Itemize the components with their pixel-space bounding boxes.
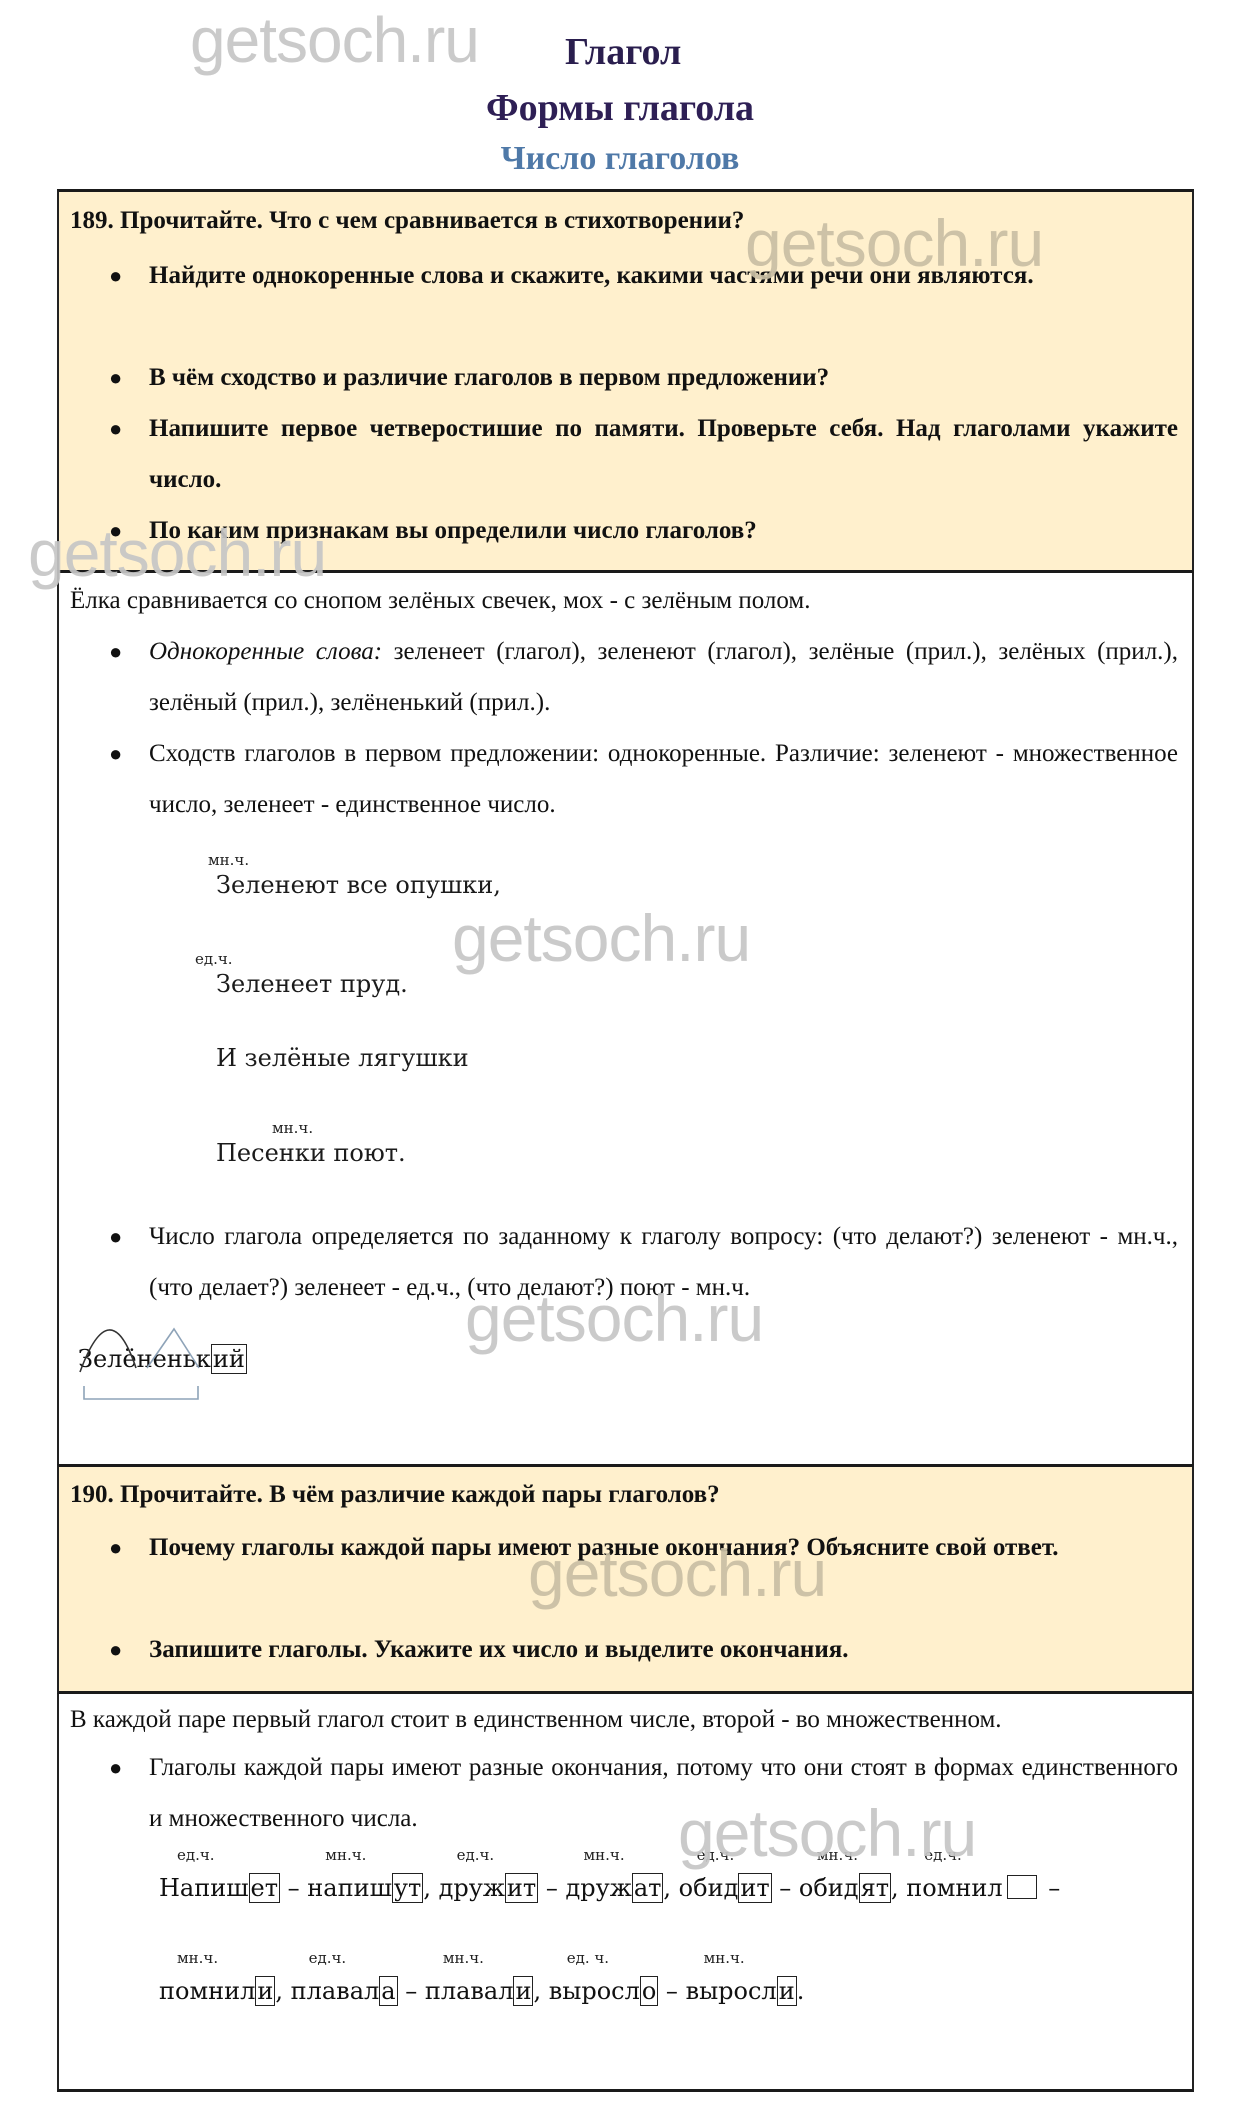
task-bullet: ● Найдите однокоренные слова и скажите, … xyxy=(109,250,1178,301)
number-label: мн.ч. xyxy=(583,1846,624,1864)
ending-box: ет xyxy=(249,1873,280,1903)
topic-title: Число глаголов xyxy=(0,140,1240,178)
answer-bullet: ● Сходств глаголов в первом предложении:… xyxy=(109,728,1178,830)
poem-line: Зеленеют все опушки, xyxy=(216,871,501,899)
task-bullet: ● Почему глаголы каждой пары имеют разны… xyxy=(109,1522,1178,1573)
verb-form: мн.ч.обидят xyxy=(799,1874,891,1902)
verb-form: ед.ч.Напишет xyxy=(159,1874,280,1902)
verb-form: мн.ч.напишут xyxy=(307,1874,423,1902)
empty-ending-box xyxy=(1007,1875,1037,1899)
number-label: ед.ч. xyxy=(177,1846,215,1864)
number-label: ед. ч. xyxy=(567,1949,609,1967)
number-label: ед.ч. xyxy=(309,1949,347,1967)
verb-form: мн.ч.дружат xyxy=(565,1874,663,1902)
number-label: мн.ч. xyxy=(817,1846,858,1864)
number-label: ед.ч. xyxy=(457,1846,495,1864)
bullet-icon: ● xyxy=(109,403,122,454)
verb-form: ед.ч.дружит xyxy=(439,1874,539,1902)
ending-box: и xyxy=(513,1976,533,2006)
number-label: ед.ч. xyxy=(924,1846,962,1864)
poem-line: Песенки поют. xyxy=(216,1139,406,1167)
bullet-icon: ● xyxy=(109,352,122,403)
ending-box: ят xyxy=(859,1873,891,1903)
answer-bullet: ● Глаголы каждой пары имеют разные оконч… xyxy=(109,1742,1178,1844)
verb-form: мн.ч.помнили xyxy=(159,1977,275,2005)
number-label: мн.ч. xyxy=(177,1949,218,1967)
task-189: 189. Прочитайте. Что с чем сравнивается … xyxy=(57,189,1194,573)
answer-bullet: ● Однокоренные слова: зеленеет (глагол),… xyxy=(109,626,1178,728)
poem-line: Зеленеет пруд. xyxy=(216,970,408,998)
verb-form: ед.ч.обидит xyxy=(679,1874,772,1902)
ending-box: и xyxy=(255,1976,275,2006)
task-bullet: ● Запишите глаголы. Укажите их число и в… xyxy=(109,1624,1178,1675)
chapter-title: Глагол xyxy=(565,30,681,74)
ending-box: ут xyxy=(392,1873,423,1903)
verb-form: ед.ч.плавала xyxy=(291,1977,398,2005)
ending-box: ит xyxy=(505,1873,538,1903)
answer-bullet: ● Число глагола определяется по заданном… xyxy=(109,1211,1178,1313)
task-bullet: ● По каким признакам вы определили число… xyxy=(109,505,1178,556)
number-label: ед.ч. xyxy=(195,950,233,968)
verb-pairs-line: ед.ч.Напишет – мн.ч.напишут, ед.ч.дружит… xyxy=(159,1874,1060,1902)
ending-box: о xyxy=(640,1976,658,2006)
task-bullet: ● В чём сходство и различие глаголов в п… xyxy=(109,352,1178,403)
morpheme-marks-icon xyxy=(74,1300,264,1430)
verb-pairs-line: мн.ч.помнили, ед.ч.плавала – мн.ч.плавал… xyxy=(159,1977,804,2005)
task-heading: 190. Прочитайте. В чём различие каждой п… xyxy=(70,1481,720,1509)
verb-form: мн.ч.выросли xyxy=(686,1977,797,2005)
verb-form: ед.ч.помнил xyxy=(906,1874,1040,1902)
bullet-icon: ● xyxy=(109,728,122,779)
task-heading: 189. Прочитайте. Что с чем сравнивается … xyxy=(70,207,744,235)
ending-box: и xyxy=(777,1976,797,2006)
watermark: getsoch.ru xyxy=(190,8,479,72)
bullet-icon: ● xyxy=(109,626,122,677)
number-label: ед.ч. xyxy=(697,1846,735,1864)
number-label: мн.ч. xyxy=(325,1846,366,1864)
ending-box: ит xyxy=(738,1873,771,1903)
bullet-icon: ● xyxy=(109,1742,122,1793)
answer-190: В каждой паре первый глагол стоит в един… xyxy=(57,1694,1194,2092)
answer-intro: Ёлка сравнивается со снопом зелёных свеч… xyxy=(70,587,810,615)
bullet-icon: ● xyxy=(109,505,122,556)
number-label: мн.ч. xyxy=(208,851,249,869)
poem-line: И зелёные лягушки xyxy=(216,1044,469,1072)
bullet-icon: ● xyxy=(109,250,122,301)
ending-box: ат xyxy=(632,1873,664,1903)
verb-form: ед. ч.выросло xyxy=(549,1977,659,2005)
number-label: мн.ч. xyxy=(443,1949,484,1967)
number-label: мн.ч. xyxy=(272,1119,313,1137)
bullet-icon: ● xyxy=(109,1211,122,1262)
number-label: мн.ч. xyxy=(704,1949,745,1967)
ending-box: а xyxy=(379,1976,397,2006)
verb-form: мн.ч.плавали xyxy=(425,1977,534,2005)
bullet-icon: ● xyxy=(109,1522,122,1573)
task-bullet: ● Напишите первое четверостишие по памят… xyxy=(109,403,1178,505)
section-title: Формы глагола xyxy=(0,86,1240,130)
task-190: 190. Прочитайте. В чём различие каждой п… xyxy=(57,1464,1194,1694)
answer-intro: В каждой паре первый глагол стоит в един… xyxy=(70,1706,1002,1734)
bullet-icon: ● xyxy=(109,1624,122,1675)
